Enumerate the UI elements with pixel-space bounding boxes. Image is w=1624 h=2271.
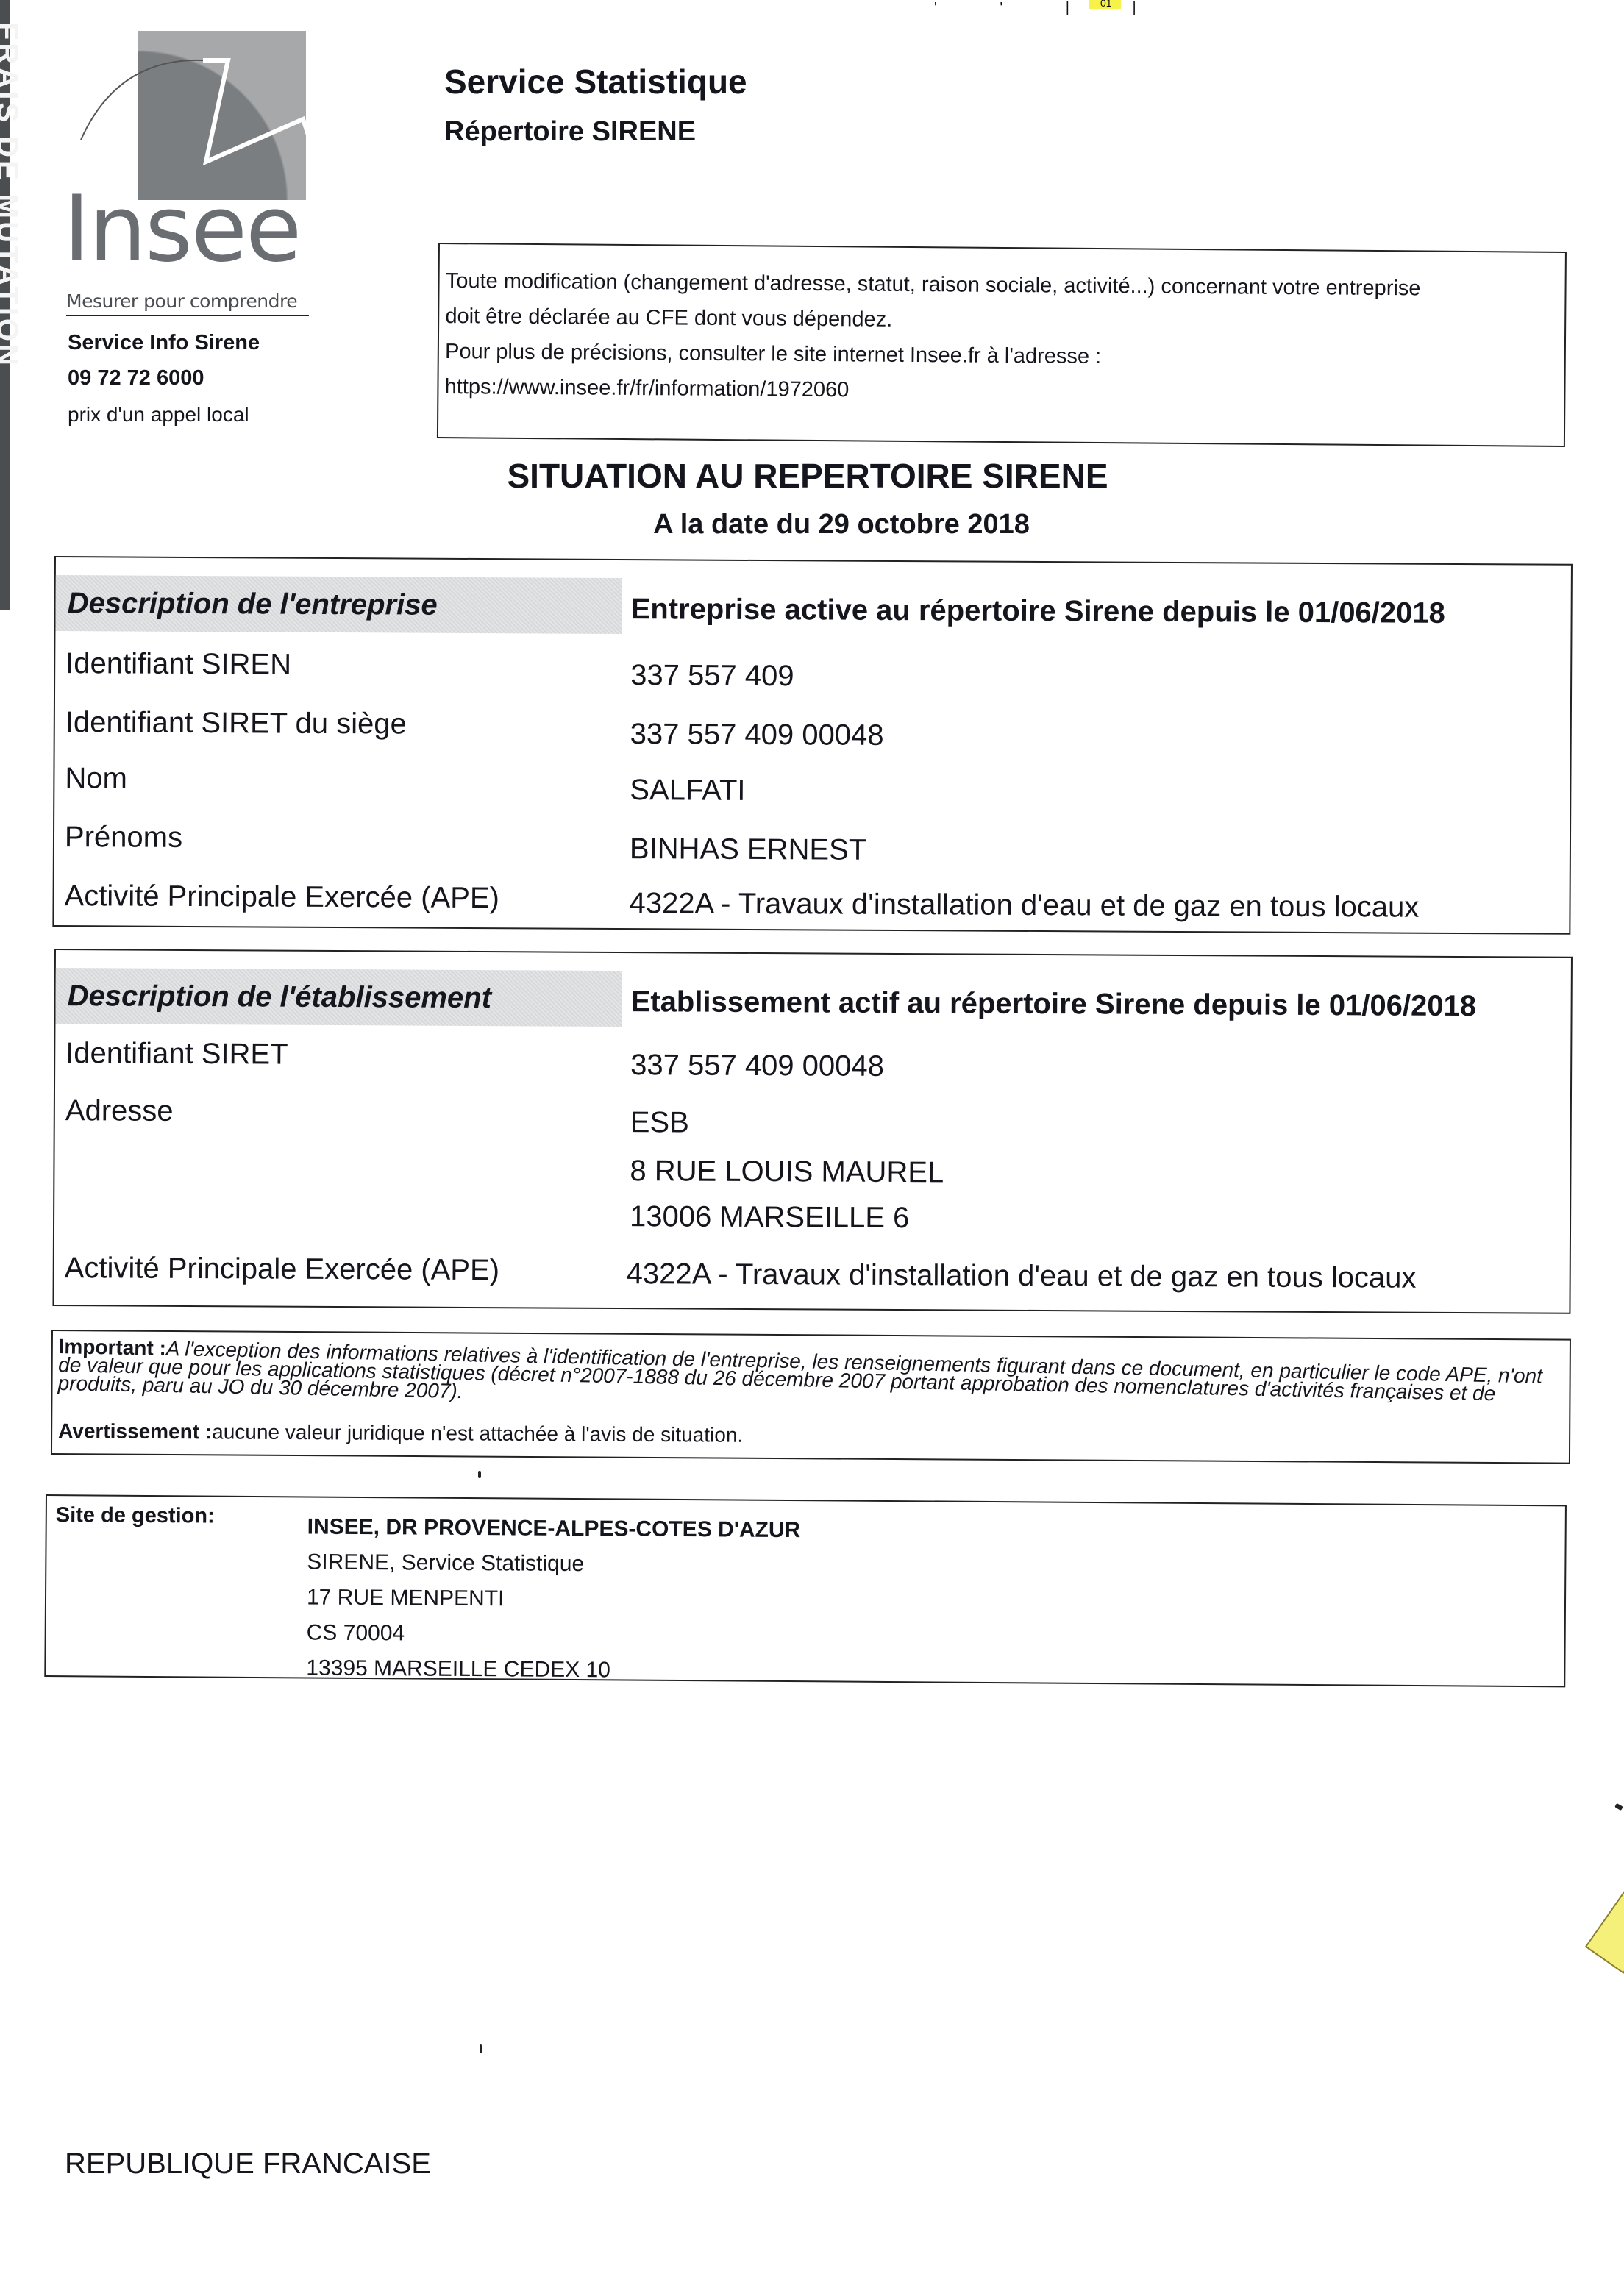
site-gestion-box: Site de gestion: INSEE, DR PROVENCE-ALPE…	[44, 1494, 1567, 1687]
service-info-phone: 09 72 72 6000	[68, 366, 204, 391]
important-body: A l'exception des informations relatives…	[57, 1337, 1542, 1405]
speck-mark	[478, 1471, 481, 1478]
important-notice-box: Important :A l'exception des information…	[51, 1330, 1571, 1464]
document-date: A la date du 29 octobre 2018	[0, 509, 1624, 541]
address-line: 13006 MARSEILLE 6	[630, 1200, 909, 1235]
field-value: SALFATI	[630, 774, 745, 807]
field-label: Adresse	[65, 1094, 174, 1128]
field-label: Activité Principale Exercée (APE)	[65, 1252, 500, 1287]
site-line: 17 RUE MENPENTI	[307, 1580, 800, 1619]
field-label: Identifiant SIRET du siège	[65, 706, 407, 741]
field-value: 337 557 409 00048	[630, 718, 884, 752]
site-line: 13395 MARSEILLE CEDEX 10	[306, 1650, 799, 1689]
warning-body: aucune valeur juridique n'est attachée à…	[212, 1420, 743, 1446]
yellow-sticker	[1585, 1890, 1624, 1974]
row-ape: Activité Principale Exercée (APE) 4322A …	[65, 1252, 1570, 1260]
section-heading: Description de l'entreprise	[68, 587, 438, 622]
field-label: Prénoms	[65, 821, 182, 855]
row-adresse: Adresse ESB 8 RUE LOUIS MAUREL 13006 MAR…	[65, 1094, 1570, 1102]
speck-mark	[1614, 1803, 1623, 1811]
row-siret-siege: Identifiant SIRET du siège 337 557 409 0…	[65, 706, 1570, 714]
service-title: Service Statistique	[444, 62, 747, 101]
field-value: 337 557 409	[630, 659, 794, 693]
section-entreprise: Description de l'entreprise Entreprise a…	[52, 556, 1573, 935]
field-value: 337 557 409 00048	[630, 1049, 884, 1083]
warning-text: Avertissement :aucune valeur juridique n…	[58, 1419, 743, 1447]
row-prenoms: Prénoms BINHAS ERNEST	[65, 821, 1570, 829]
field-label: Identifiant SIREN	[65, 647, 291, 682]
site-line: SIRENE, Service Statistique	[307, 1544, 800, 1583]
insee-wordmark: Insee	[63, 184, 300, 275]
warning-label: Avertissement :	[58, 1419, 212, 1443]
address-line: ESB	[630, 1106, 689, 1139]
highlighted-mark: 01	[1089, 0, 1121, 9]
section-status: Etablissement actif au répertoire Sirene…	[631, 985, 1477, 1023]
speck-mark	[480, 2044, 482, 2053]
important-text: Important :A l'exception des information…	[57, 1337, 1544, 1422]
section-heading: Description de l'établissement	[68, 980, 492, 1015]
field-label: Activité Principale Exercée (APE)	[64, 880, 499, 915]
service-info-note: prix d'un appel local	[68, 403, 249, 427]
row-nom: Nom SALFATI	[65, 762, 1570, 770]
service-subtitle: Répertoire SIRENE	[444, 116, 696, 148]
row-ape: Activité Principale Exercée (APE) 4322A …	[65, 880, 1570, 888]
insee-tagline: Mesurer pour comprendre	[66, 290, 309, 316]
field-label: Identifiant SIRET	[65, 1037, 288, 1072]
field-value: BINHAS ERNEST	[630, 833, 867, 867]
field-value: 4322A - Travaux d'installation d'eau et …	[627, 1258, 1417, 1295]
site-gestion-label: Site de gestion:	[56, 1503, 215, 1529]
handwritten-marks: ' ' | |	[934, 0, 1166, 17]
address-line: 8 RUE LOUIS MAUREL	[630, 1155, 944, 1189]
site-line: CS 70004	[307, 1615, 800, 1654]
section-status: Entreprise active au répertoire Sirene d…	[631, 593, 1445, 630]
field-value: 4322A - Travaux d'installation d'eau et …	[629, 887, 1419, 924]
section-etablissement: Description de l'établissement Etablisse…	[52, 949, 1573, 1314]
row-siren: Identifiant SIREN 337 557 409	[65, 647, 1570, 655]
row-siret: Identifiant SIRET 337 557 409 00048	[65, 1037, 1570, 1045]
site-line: INSEE, DR PROVENCE-ALPES-COTES D'AZUR	[307, 1509, 801, 1548]
service-info-title: Service Info Sirene	[68, 331, 260, 355]
edge-stamp-text: FRAIS DE MUTATION	[0, 22, 24, 434]
notice-text: Toute modification (changement d'adresse…	[444, 263, 1548, 413]
footer-republique: REPUBLIQUE FRANCAISE	[65, 2147, 431, 2181]
document-title: SITUATION AU REPERTOIRE SIRENE	[0, 456, 1624, 496]
field-label: Nom	[65, 762, 127, 795]
site-gestion-address: INSEE, DR PROVENCE-ALPES-COTES D'AZUR SI…	[306, 1509, 800, 1689]
